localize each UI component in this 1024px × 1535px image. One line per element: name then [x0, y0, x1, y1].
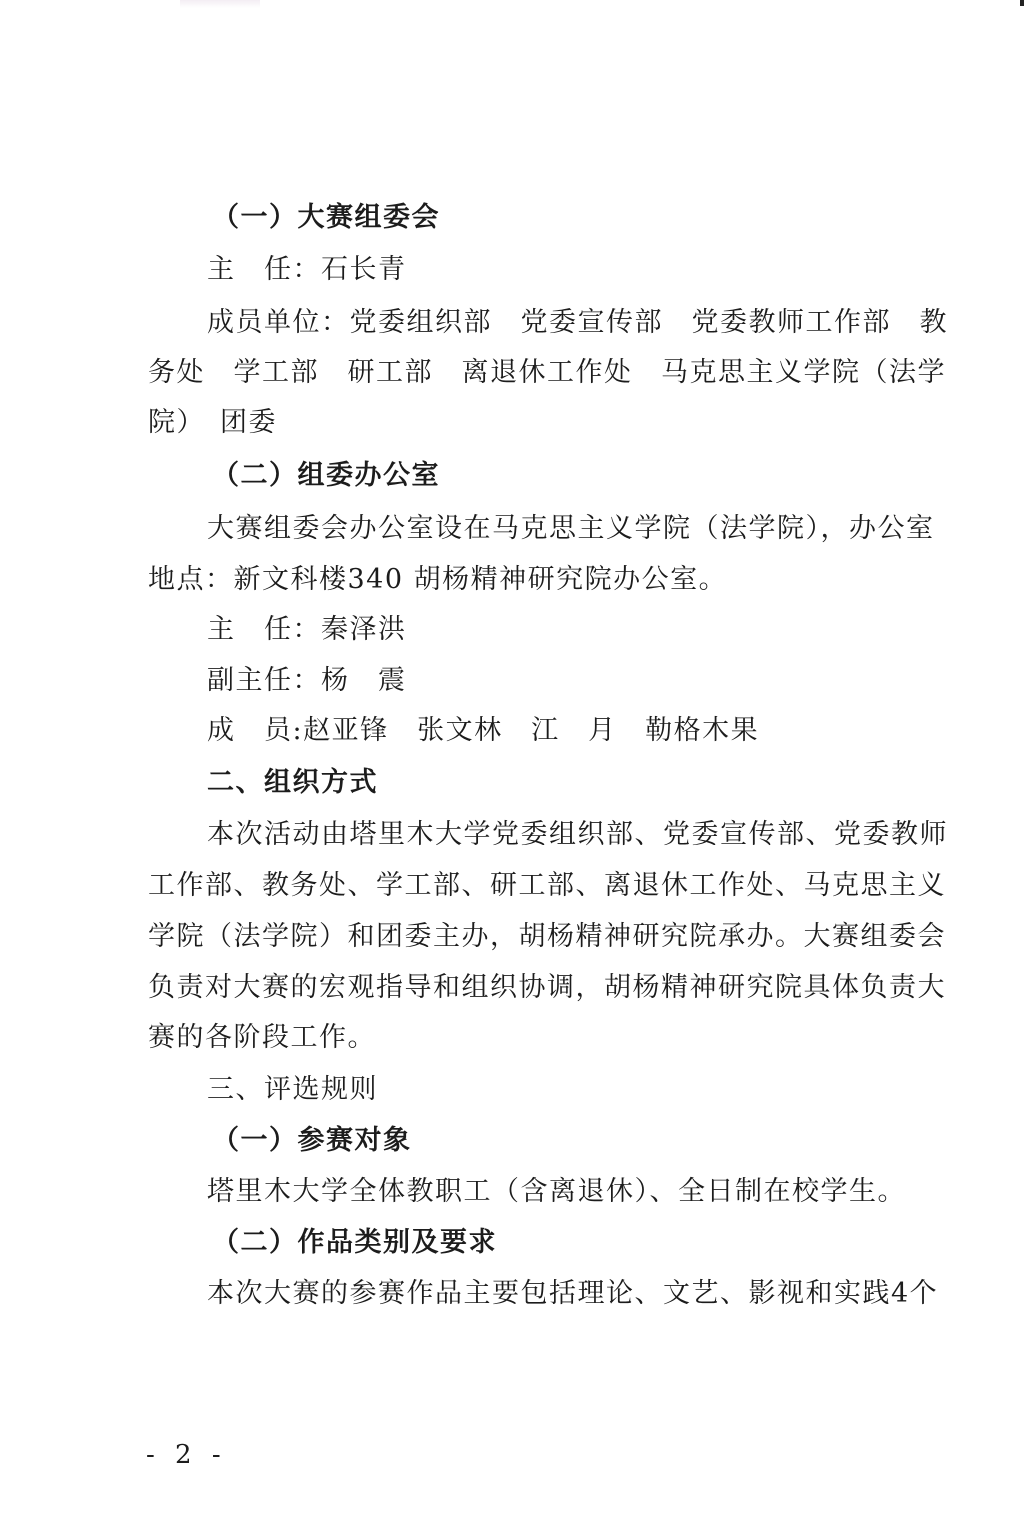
committee-members-line-2: 务处 学工部 研工部 离退休工作处 马克思主义学院（法学 — [148, 358, 918, 388]
scan-smudge — [180, 0, 260, 8]
office-members: 成 员:赵亚锋 张文林 江 月 勒格木果 — [207, 716, 987, 746]
committee-members-line-1: 成员单位：党委组织部 党委宣传部 党委教师工作部 教 — [207, 308, 918, 338]
organization-paragraph-line-1: 本次活动由塔里木大学党委组织部、党委宣传部、党委教师 — [207, 820, 918, 850]
organization-paragraph-line-5: 赛的各阶段工作。 — [148, 1023, 928, 1053]
organization-paragraph-line-4: 负责对大赛的宏观指导和组织协调，胡杨精神研究院具体负责大 — [148, 973, 918, 1003]
document-page: （一）大赛组委会 主 任：石长青 成员单位：党委组织部 党委宣传部 党委教师工作… — [0, 0, 1024, 1535]
scan-corner-mark — [1020, 0, 1024, 6]
page-number: - 2 - — [146, 1440, 227, 1470]
committee-heading: （一）大赛组委会 — [212, 203, 992, 233]
office-description-line-2: 地点：新文科楼340 胡杨精神研究院办公室。 — [148, 565, 928, 595]
rules-heading: 三、评选规则 — [207, 1075, 987, 1105]
office-heading: （二）组委办公室 — [212, 461, 992, 491]
office-director: 主 任：秦泽洪 — [207, 615, 987, 645]
organization-paragraph-line-3: 学院（法学院）和团委主办，胡杨精神研究院承办。大赛组委会 — [148, 922, 918, 952]
committee-members-line-3: 院） 团委 — [148, 408, 928, 438]
participants-text: 塔里木大学全体教职工（含离退休）、全日制在校学生。 — [207, 1177, 987, 1207]
office-description-line-1: 大赛组委会办公室设在马克思主义学院（法学院），办公室 — [207, 514, 918, 544]
participants-heading: （一）参赛对象 — [212, 1126, 992, 1156]
organization-paragraph-line-2: 工作部、教务处、学工部、研工部、离退休工作处、马克思主义 — [148, 871, 918, 901]
works-text: 本次大赛的参赛作品主要包括理论、文艺、影视和实践4个 — [207, 1279, 918, 1309]
committee-director: 主 任：石长青 — [207, 255, 987, 285]
works-heading: （二）作品类别及要求 — [212, 1228, 992, 1258]
office-deputy-director: 副主任：杨 震 — [207, 666, 987, 696]
organization-heading: 二、组织方式 — [207, 768, 987, 798]
